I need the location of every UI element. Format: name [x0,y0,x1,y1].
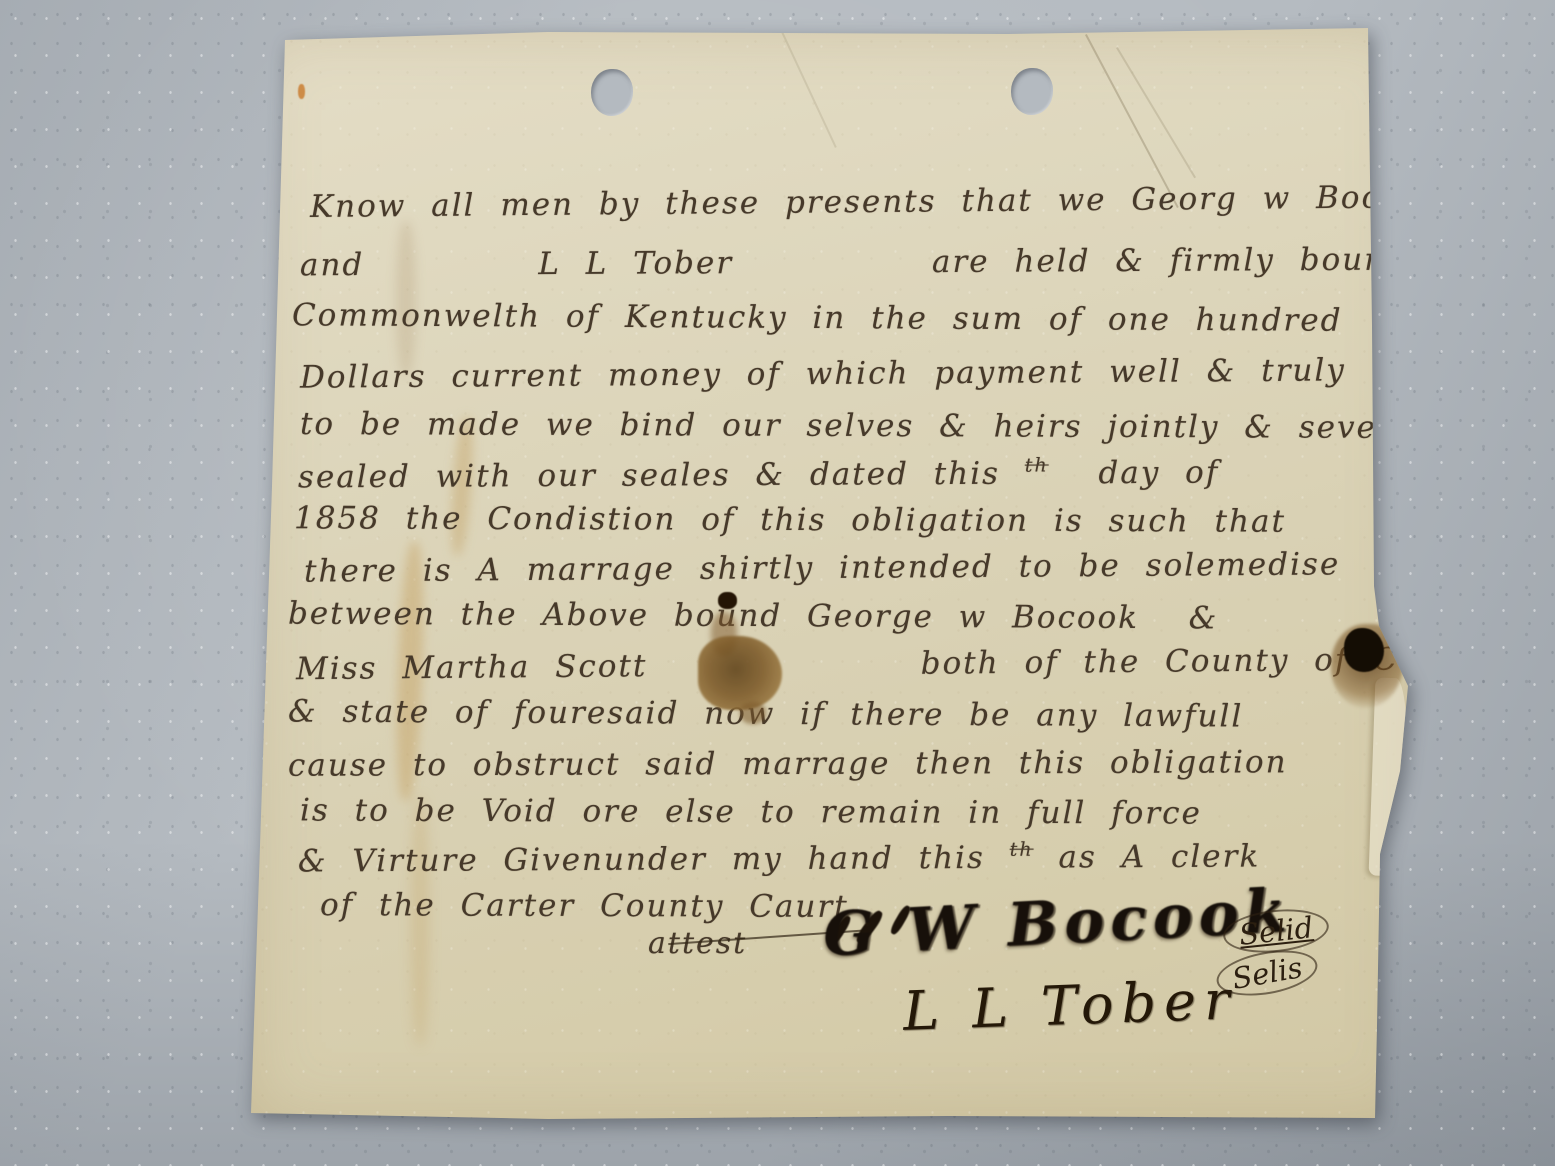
punch-hole-left [591,69,633,116]
orange-spot-stain [298,84,305,99]
paper-shadow: Know all men by these presents that we G… [248,26,1418,1128]
handwritten-line-7: 1858 the Condistion of this obligation i… [294,500,1286,539]
line-14-text-end: as A clerk [1034,838,1261,875]
document-paper: Know all men by these presents that we G… [248,26,1418,1126]
handwritten-line-9: between the Above bound George w Bocook … [288,596,1218,637]
ink-blot-center-head [718,592,737,609]
handwritten-line-15: of the Carter County Caurt [320,887,849,925]
handwritten-line-2: and L L Tober are held & firmly bound un… [300,241,1555,284]
signature-tober: L L Tober [902,968,1239,1043]
ink-blot-center-body [698,636,782,710]
handwritten-line-1: Know all men by these presents that we G… [310,179,1443,225]
handwritten-line-3: Commonwelth of Kentucky in the sum of on… [292,297,1343,338]
signature-bocook: G W Bocook [821,876,1293,970]
handwritten-line-10: Miss Martha Scott both of the County of … [296,641,1488,687]
handwritten-line-6: sealed with our seales & dated this th d… [298,454,1219,496]
handwritten-line-5: to be made we bind our selves & heirs jo… [300,406,1425,446]
line-14-text: & Virture Givenunder my hand this [298,840,1010,880]
line-14-superscript: th [1010,839,1034,861]
line-6-text-end: day of [1049,455,1220,492]
attest-label: attest [648,926,747,961]
handwritten-line-13: is to be Void ore else to remain in full… [300,792,1202,831]
punch-hole-right [1011,68,1053,115]
line-6-text: sealed with our seales & dated this [298,456,1025,496]
handwritten-line-12: cause to obstruct said marrage then this… [288,744,1288,783]
paper-crease-3 [780,29,837,148]
torn-edge-flap [1369,677,1410,876]
handwritten-line-14: & Virture Givenunder my hand this th as … [298,837,1260,879]
handwritten-line-4: Dollars current money of which payment w… [300,352,1346,395]
ink-blot-right-core [1344,628,1384,672]
ink-blot-center-tail [740,702,766,724]
line-6-superscript: th [1025,454,1049,476]
photo-background: Know all men by these presents that we G… [0,0,1555,1166]
handwritten-line-8: there is A marrage shirtly intended to b… [304,546,1340,589]
